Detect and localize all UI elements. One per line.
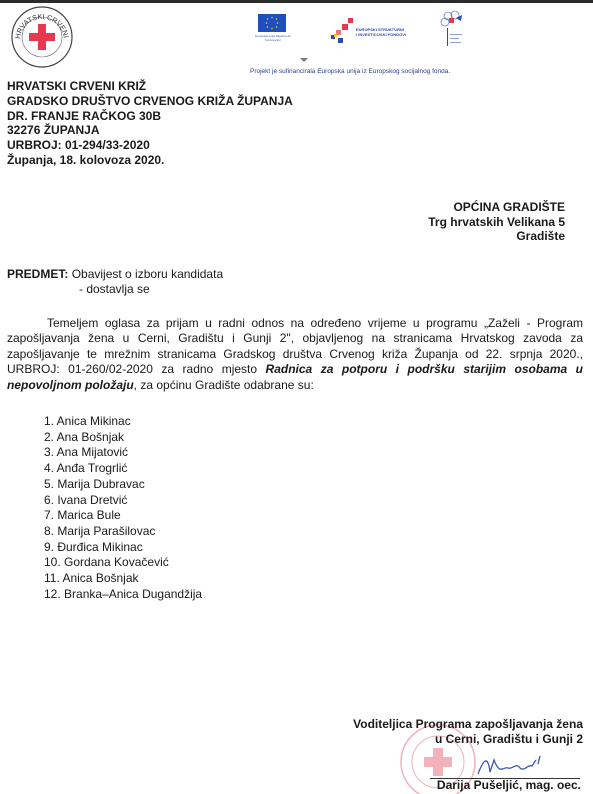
signature-title: Voditeljica Programa zapošljavanja žena … xyxy=(353,717,583,746)
sender-branch: GRADSKO DRUŠTVO CRVENOG KRIŽA ŽUPANJA xyxy=(7,94,293,109)
body-paragraph: Temeljem oglasa za prijam u radni odnos … xyxy=(7,316,583,393)
list-item: 3. Ana Mijatović xyxy=(44,445,202,461)
body-text-after: , za općinu Gradište odabrane su: xyxy=(134,378,314,392)
flower-logo-icon xyxy=(440,10,464,50)
list-item: 7. Marica Bule xyxy=(44,508,202,524)
signature-title-line1: Voditeljica Programa zapošljavanja žena xyxy=(353,717,583,732)
recipient-name: OPĆINA GRADIŠTE xyxy=(428,200,565,215)
list-item: 6. Ivana Dretvić xyxy=(44,493,202,509)
list-item: 4. Anđa Trogrlić xyxy=(44,461,202,477)
subject-block: PREDMET: Obavijest o izboru kandidata - … xyxy=(7,267,223,297)
eu-flag-icon xyxy=(258,14,286,32)
sender-street: DR. FRANJE RAČKOG 30B xyxy=(7,109,293,124)
list-item: 5. Marija Dubravac xyxy=(44,477,202,493)
list-item: 12. Branka–Anica Dugandžija xyxy=(44,587,202,603)
sender-org: HRVATSKI CRVENI KRIŽ xyxy=(7,79,293,94)
reference-number: URBROJ: 01-294/33-2020 xyxy=(7,138,293,153)
list-item: 2. Ana Bošnjak xyxy=(44,430,202,446)
document-date: Županja, 18. kolovoza 2020. xyxy=(7,153,293,168)
esif-mark-icon xyxy=(328,16,358,46)
list-item: 11. Anica Bošnjak xyxy=(44,571,202,587)
recipient-block: OPĆINA GRADIŠTE Trg hrvatskih Velikana 5… xyxy=(428,200,565,244)
candidate-list: 1. Anica Mikinac 2. Ana Bošnjak 3. Ana M… xyxy=(44,414,202,602)
red-cross-logo-icon: HRVATSKI CRVENI KRIŽ xyxy=(10,5,74,69)
list-item: 10. Gordana Kovačević xyxy=(44,555,202,571)
top-border xyxy=(0,0,593,3)
subject-subtext: - dostavlja se xyxy=(7,282,223,297)
sender-city: 32276 ŽUPANJA xyxy=(7,123,293,138)
signer-name: Darija Pušeljić, mag. oec. xyxy=(437,778,581,792)
list-item: 9. Đurđica Mikinac xyxy=(44,540,202,556)
list-item: 8. Marija Parašilovac xyxy=(44,524,202,540)
recipient-city: Gradište xyxy=(428,229,565,244)
sender-block: HRVATSKI CRVENI KRIŽ GRADSKO DRUŠTVO CRV… xyxy=(7,79,293,168)
subject-label: PREDMET: xyxy=(7,267,68,281)
funding-note: Projekt je sufinancirala Europska unija … xyxy=(250,68,450,75)
eu-logos: Europska unija Zajedno do fondova EU EUR… xyxy=(238,8,478,63)
subject-text: Obavijest o izboru kandidata xyxy=(72,267,223,281)
list-item: 1. Anica Mikinac xyxy=(44,414,202,430)
divider-marker xyxy=(300,58,308,62)
signature-title-line2: u Cerni, Gradištu i Gunji 2 xyxy=(353,732,583,747)
handwritten-signature-icon xyxy=(470,752,550,780)
eu-flag-caption: Europska unija Zajedno do fondova EU xyxy=(250,34,296,42)
recipient-street: Trg hrvatskih Velikana 5 xyxy=(428,215,565,230)
esif-text: EUROPSKI STRUKTURNI I INVESTICIJSKI FOND… xyxy=(356,27,406,37)
